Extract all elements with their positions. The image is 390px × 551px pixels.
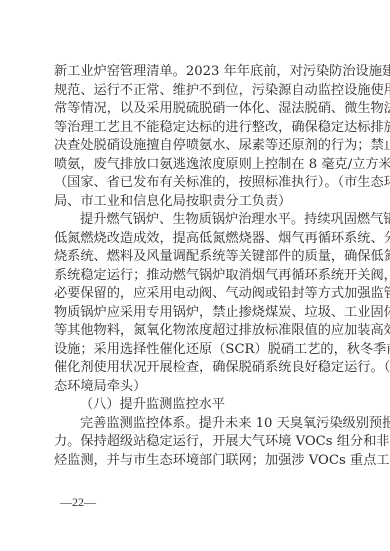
paragraph-first-line: 提升燃气锅炉、生物质锅炉治理水平。持续巩固燃气锅炉 <box>80 212 339 228</box>
page-number: —22— <box>60 495 96 510</box>
body-text-line: 物质锅炉应采用专用锅炉，禁止掺烧煤炭、垃圾、工业固体废物 <box>54 305 339 321</box>
body-text-line: 新工业炉窑管理清单。2023 年年底前，对污染防治设施建设不 <box>54 64 339 80</box>
body-text-line: 等治理工艺且不能稳定达标的进行整改，确保稳定达标排放。坚 <box>54 120 339 136</box>
body-text-line: 低氮燃烧改造成效，提高低氮燃烧器、烟气再循环系统、分级燃 <box>54 231 339 247</box>
body-text-line: 烧系统、燃料及风量调配系统等关键部件的质量，确保低氮燃烧 <box>54 249 339 265</box>
body-text-line: 规范、运行不正常、维护不到位，污染源自动监控设施使用不正 <box>54 83 339 99</box>
body-text-line: 常等情况，以及采用脱硫脱硝一体化、湿法脱硝、微生物法脱硝 <box>54 101 339 117</box>
body-text-line: 催化剂使用状况开展检查，确保脱硝系统良好稳定运行。（市生 <box>54 360 339 376</box>
paragraph-first-line: 完善监测监控体系。提升未来 10 天臭氧污染级别预报能 <box>80 416 339 432</box>
body-text-line: 力。保持超级站稳定运行，开展大气环境 VOCs 组分和非甲烷总 <box>54 434 339 450</box>
body-text-line: 喷氨，废气排放口氨逃逸浓度原则上控制在 8 毫克/立方米以下 <box>54 157 339 173</box>
body-text-line: 设施；采用选择性催化还原（SCR）脱硝工艺的，秋冬季前要对 <box>54 342 339 358</box>
section-heading: （八）提升监测监控水平 <box>80 397 339 413</box>
body-text-line: 态环境局牵头） <box>54 379 339 395</box>
document-page: 新工业炉窑管理清单。2023 年年底前，对污染防治设施建设不 规范、运行不正常、… <box>0 0 390 551</box>
body-text-line: 局、市工业和信息化局按职责分工负责） <box>54 194 339 210</box>
body-text-line: （国家、省已发布有关标准的，按照标准执行）。（市生态环境 <box>54 175 339 191</box>
body-text-line: 烃监测，并与市生态环境部门联网；加强涉 VOCs 重点工业园 <box>54 453 339 469</box>
body-text-line: 决查处脱硝设施擅自停喷氨水、尿素等还原剂的行为；禁止过度 <box>54 138 339 154</box>
body-text-line: 必要保留的，应采用电动阀、气动阀或铅封等方式加强监管。生 <box>54 286 339 302</box>
body-text-line: 等其他物料，氮氧化物浓度超过排放标准限值的应加装高效脱硝 <box>54 323 339 339</box>
body-text-line: 系统稳定运行；推动燃气锅炉取消烟气再循环系统开关阀，确有 <box>54 268 339 284</box>
